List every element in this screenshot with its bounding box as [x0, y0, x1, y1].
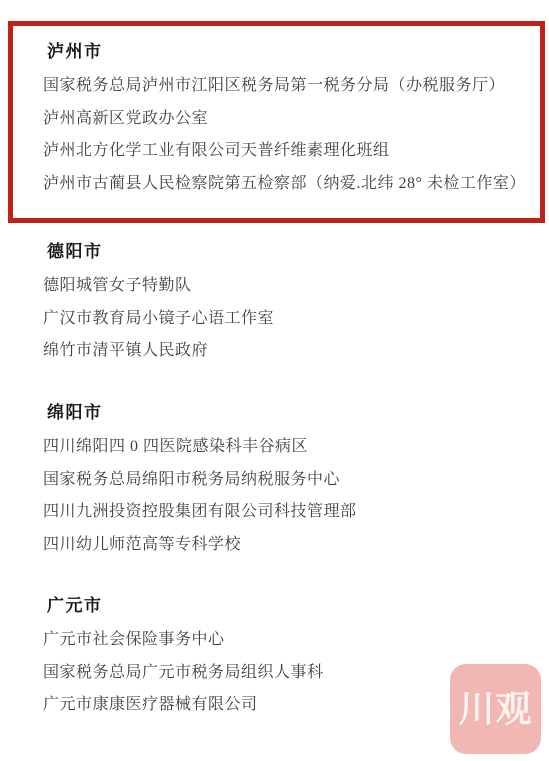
organization-entry: 泸州北方化学工业有限公司天普纤维素理化班组 [0, 135, 549, 168]
organization-entry: 国家税务总局绵阳市税务局纳税服务中心 [0, 464, 549, 497]
organization-entry: 四川绵阳四 0 四医院感染科丰谷病区 [0, 431, 549, 464]
chuanguan-watermark-badge: 川观 [450, 664, 541, 754]
organization-entry: 泸州市古蔺县人民检察院第五检察部（纳爱.北纬 28° 未检工作室） [0, 168, 549, 201]
organization-entry: 四川幼儿师范高等专科学校 [0, 529, 549, 562]
document-page: 泸州市国家税务总局泸州市江阳区税务局第一税务分局（办税服务厅）泸州高新区党政办公… [0, 0, 549, 761]
city-section-3: 绵阳市四川绵阳四 0 四医院感染科丰谷病区国家税务总局绵阳市税务局纳税服务中心四… [0, 401, 549, 561]
organization-entry: 广汉市教育局小镜子心语工作室 [0, 303, 549, 336]
organization-entry: 绵竹市清平镇人民政府 [0, 335, 549, 368]
city-section-2: 德阳市德阳城管女子特勤队广汉市教育局小镜子心语工作室绵竹市清平镇人民政府 [0, 240, 549, 368]
city-section-1: 泸州市国家税务总局泸州市江阳区税务局第一税务分局（办税服务厅）泸州高新区党政办公… [0, 40, 549, 200]
organization-entry: 泸州高新区党政办公室 [0, 103, 549, 136]
watermark-text: 川观 [458, 691, 532, 727]
organization-entry: 四川九洲投资控股集团有限公司科技管理部 [0, 496, 549, 529]
organization-entry: 广元市社会保险事务中心 [0, 624, 549, 657]
organization-entry: 国家税务总局泸州市江阳区税务局第一税务分局（办税服务厅） [0, 70, 549, 103]
organization-entry: 德阳城管女子特勤队 [0, 270, 549, 303]
entry-list: 德阳城管女子特勤队广汉市教育局小镜子心语工作室绵竹市清平镇人民政府 [0, 270, 549, 368]
entry-list: 国家税务总局泸州市江阳区税务局第一税务分局（办税服务厅）泸州高新区党政办公室泸州… [0, 70, 549, 200]
entry-list: 四川绵阳四 0 四医院感染科丰谷病区国家税务总局绵阳市税务局纳税服务中心四川九洲… [0, 431, 549, 561]
city-heading: 绵阳市 [0, 401, 549, 425]
city-heading: 德阳市 [0, 240, 549, 264]
city-heading: 广元市 [0, 594, 549, 618]
city-heading: 泸州市 [0, 40, 549, 64]
